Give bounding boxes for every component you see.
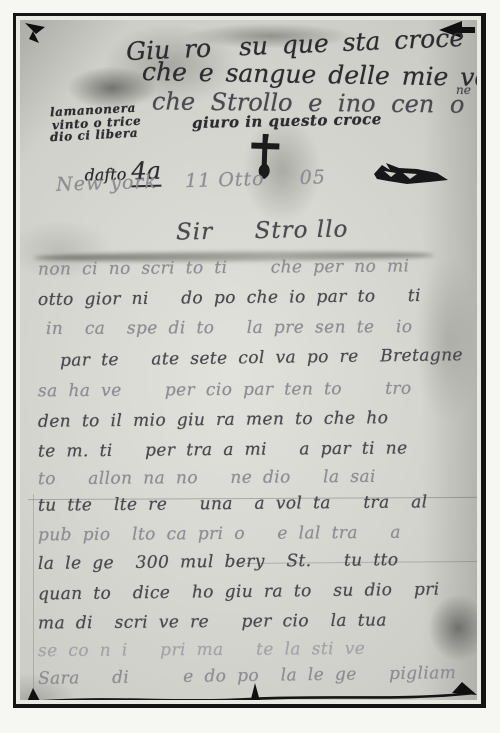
oath-line: che e sangue delle mie ve <box>142 59 477 90</box>
body-line: den to il mio giu ra men to che ho <box>38 410 388 431</box>
body-line: in ca spe di to la pre sen te io <box>46 319 413 338</box>
wavy-bottom-underline <box>24 682 477 700</box>
dateline: New york 11 Otto 05 <box>56 168 326 195</box>
body-line: otto gior ni do po che io par to ti <box>38 288 421 309</box>
retouch-tick-bottom-middle-icon <box>251 683 260 700</box>
salutation: Sir Stro llo <box>176 218 349 244</box>
letter-photo-frame: Giu ro su que sta croce che e sangue del… <box>13 13 486 708</box>
body-line: ma di scri ve re per cio la tua <box>38 612 387 632</box>
retouch-arrow-bottom-left-icon <box>26 688 40 700</box>
body-line: pub pio lto ca pri o e lal tra a <box>38 525 401 545</box>
ink-dagger-smudge-icon <box>370 160 452 194</box>
body-line: sa ha ve per cio par ten to tro <box>38 381 412 401</box>
body-line: se co n i pri ma te la sti ve <box>38 641 365 660</box>
second-oath-line: giuro in questo croce <box>192 112 382 131</box>
left-margin-line <box>33 494 34 700</box>
retouch-arrow-bottom-right-icon <box>452 682 477 695</box>
body-line: te m. ti per tra a mi a par ti ne <box>38 440 408 460</box>
smudge-shape <box>374 163 448 184</box>
retouch-arrow-top-left-icon <box>24 22 50 46</box>
body-line: non ci no scri to ti che per no mi <box>38 258 410 278</box>
letter-paper: Giu ro su que sta croce che e sangue del… <box>20 20 477 700</box>
margin-note-line: dio ci libera <box>50 127 139 144</box>
arrow-shape <box>25 23 45 34</box>
body-line: to allon na no ne dio la sai <box>38 469 376 488</box>
body-line: par te ate sete col va po re Bretagne <box>60 347 463 370</box>
body-line: quan to dice ho giu ra to su dio pri <box>38 582 440 604</box>
oath-superscript: ne <box>456 84 471 96</box>
